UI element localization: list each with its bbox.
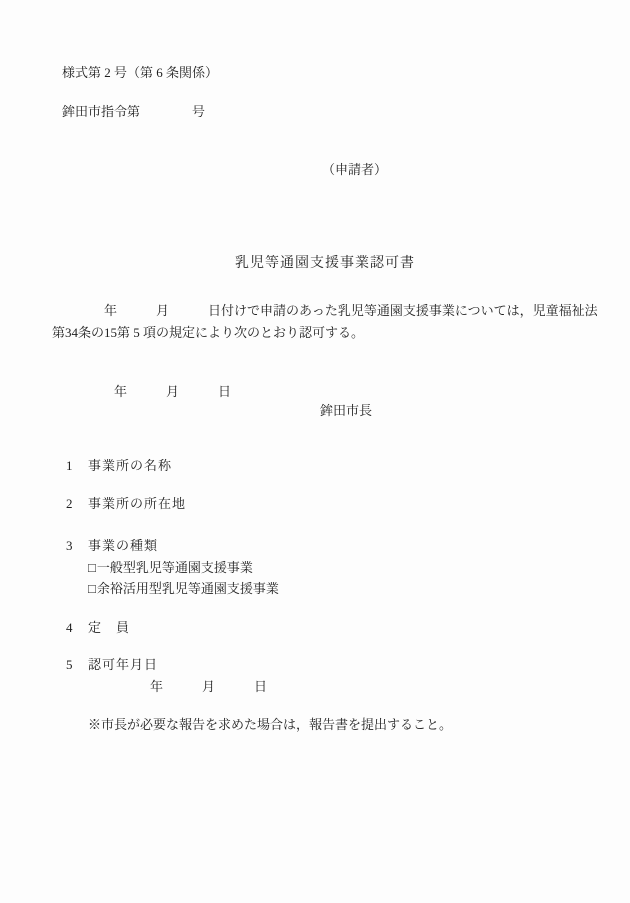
issue-date-blanks: 年 月 日 xyxy=(114,383,231,400)
checkbox-icon: □ xyxy=(88,560,96,575)
document-title: 乳児等通園支援事業認可書 xyxy=(20,255,630,272)
body-line-1: 年 月 日付けで申請のあった乳児等通園支援事業については，児童福祉法 xyxy=(52,303,598,318)
item-label-business-name: 事業所の名称 xyxy=(88,458,172,473)
item-number: 5 xyxy=(66,656,88,673)
form-number: 様式第 2 号（第 6 条関係） xyxy=(62,64,218,81)
list-item-5: 5認可年月日 xyxy=(66,656,158,673)
item-number: 3 xyxy=(66,537,88,554)
applicant-label: （申請者） xyxy=(322,161,387,178)
checkbox-icon: □ xyxy=(88,581,96,596)
item-label-capacity: 定 員 xyxy=(88,620,130,635)
body-paragraph: 年 月 日付けで申請のあった乳児等通園支援事業については，児童福祉法第34条の1… xyxy=(52,300,597,344)
checkbox-label-general: 一般型乳児等通園支援事業 xyxy=(97,560,253,575)
list-item-2: 2事業所の所在地 xyxy=(66,495,186,512)
directive-number-line: 鉾田市指令第 号 xyxy=(62,103,205,120)
body-line-2: 第34条の15第 5 項の規定により次のとおり認可する。 xyxy=(52,325,364,340)
business-type-option-surplus: □余裕活用型乳児等通園支援事業 xyxy=(88,580,279,597)
mayor-signature-line: 鉾田市長 xyxy=(320,402,372,419)
item-label-business-address: 事業所の所在地 xyxy=(88,496,186,511)
list-item-1: 1事業所の名称 xyxy=(66,457,172,474)
list-item-4: 4定 員 xyxy=(66,619,130,636)
checkbox-label-surplus: 余裕活用型乳児等通園支援事業 xyxy=(97,581,279,596)
item-label-approval-date: 認可年月日 xyxy=(88,657,158,672)
item-number: 1 xyxy=(66,457,88,474)
footnote: ※市長が必要な報告を求めた場合は，報告書を提出すること。 xyxy=(88,716,452,733)
item-number: 2 xyxy=(66,495,88,512)
document-page: 様式第 2 号（第 6 条関係） 鉾田市指令第 号 （申請者） 乳児等通園支援事… xyxy=(0,0,630,903)
approval-date-blanks: 年 月 日 xyxy=(150,678,267,695)
item-number: 4 xyxy=(66,619,88,636)
business-type-option-general: □一般型乳児等通園支援事業 xyxy=(88,559,253,576)
list-item-3: 3事業の種類 xyxy=(66,537,158,554)
item-label-business-type: 事業の種類 xyxy=(88,538,158,553)
